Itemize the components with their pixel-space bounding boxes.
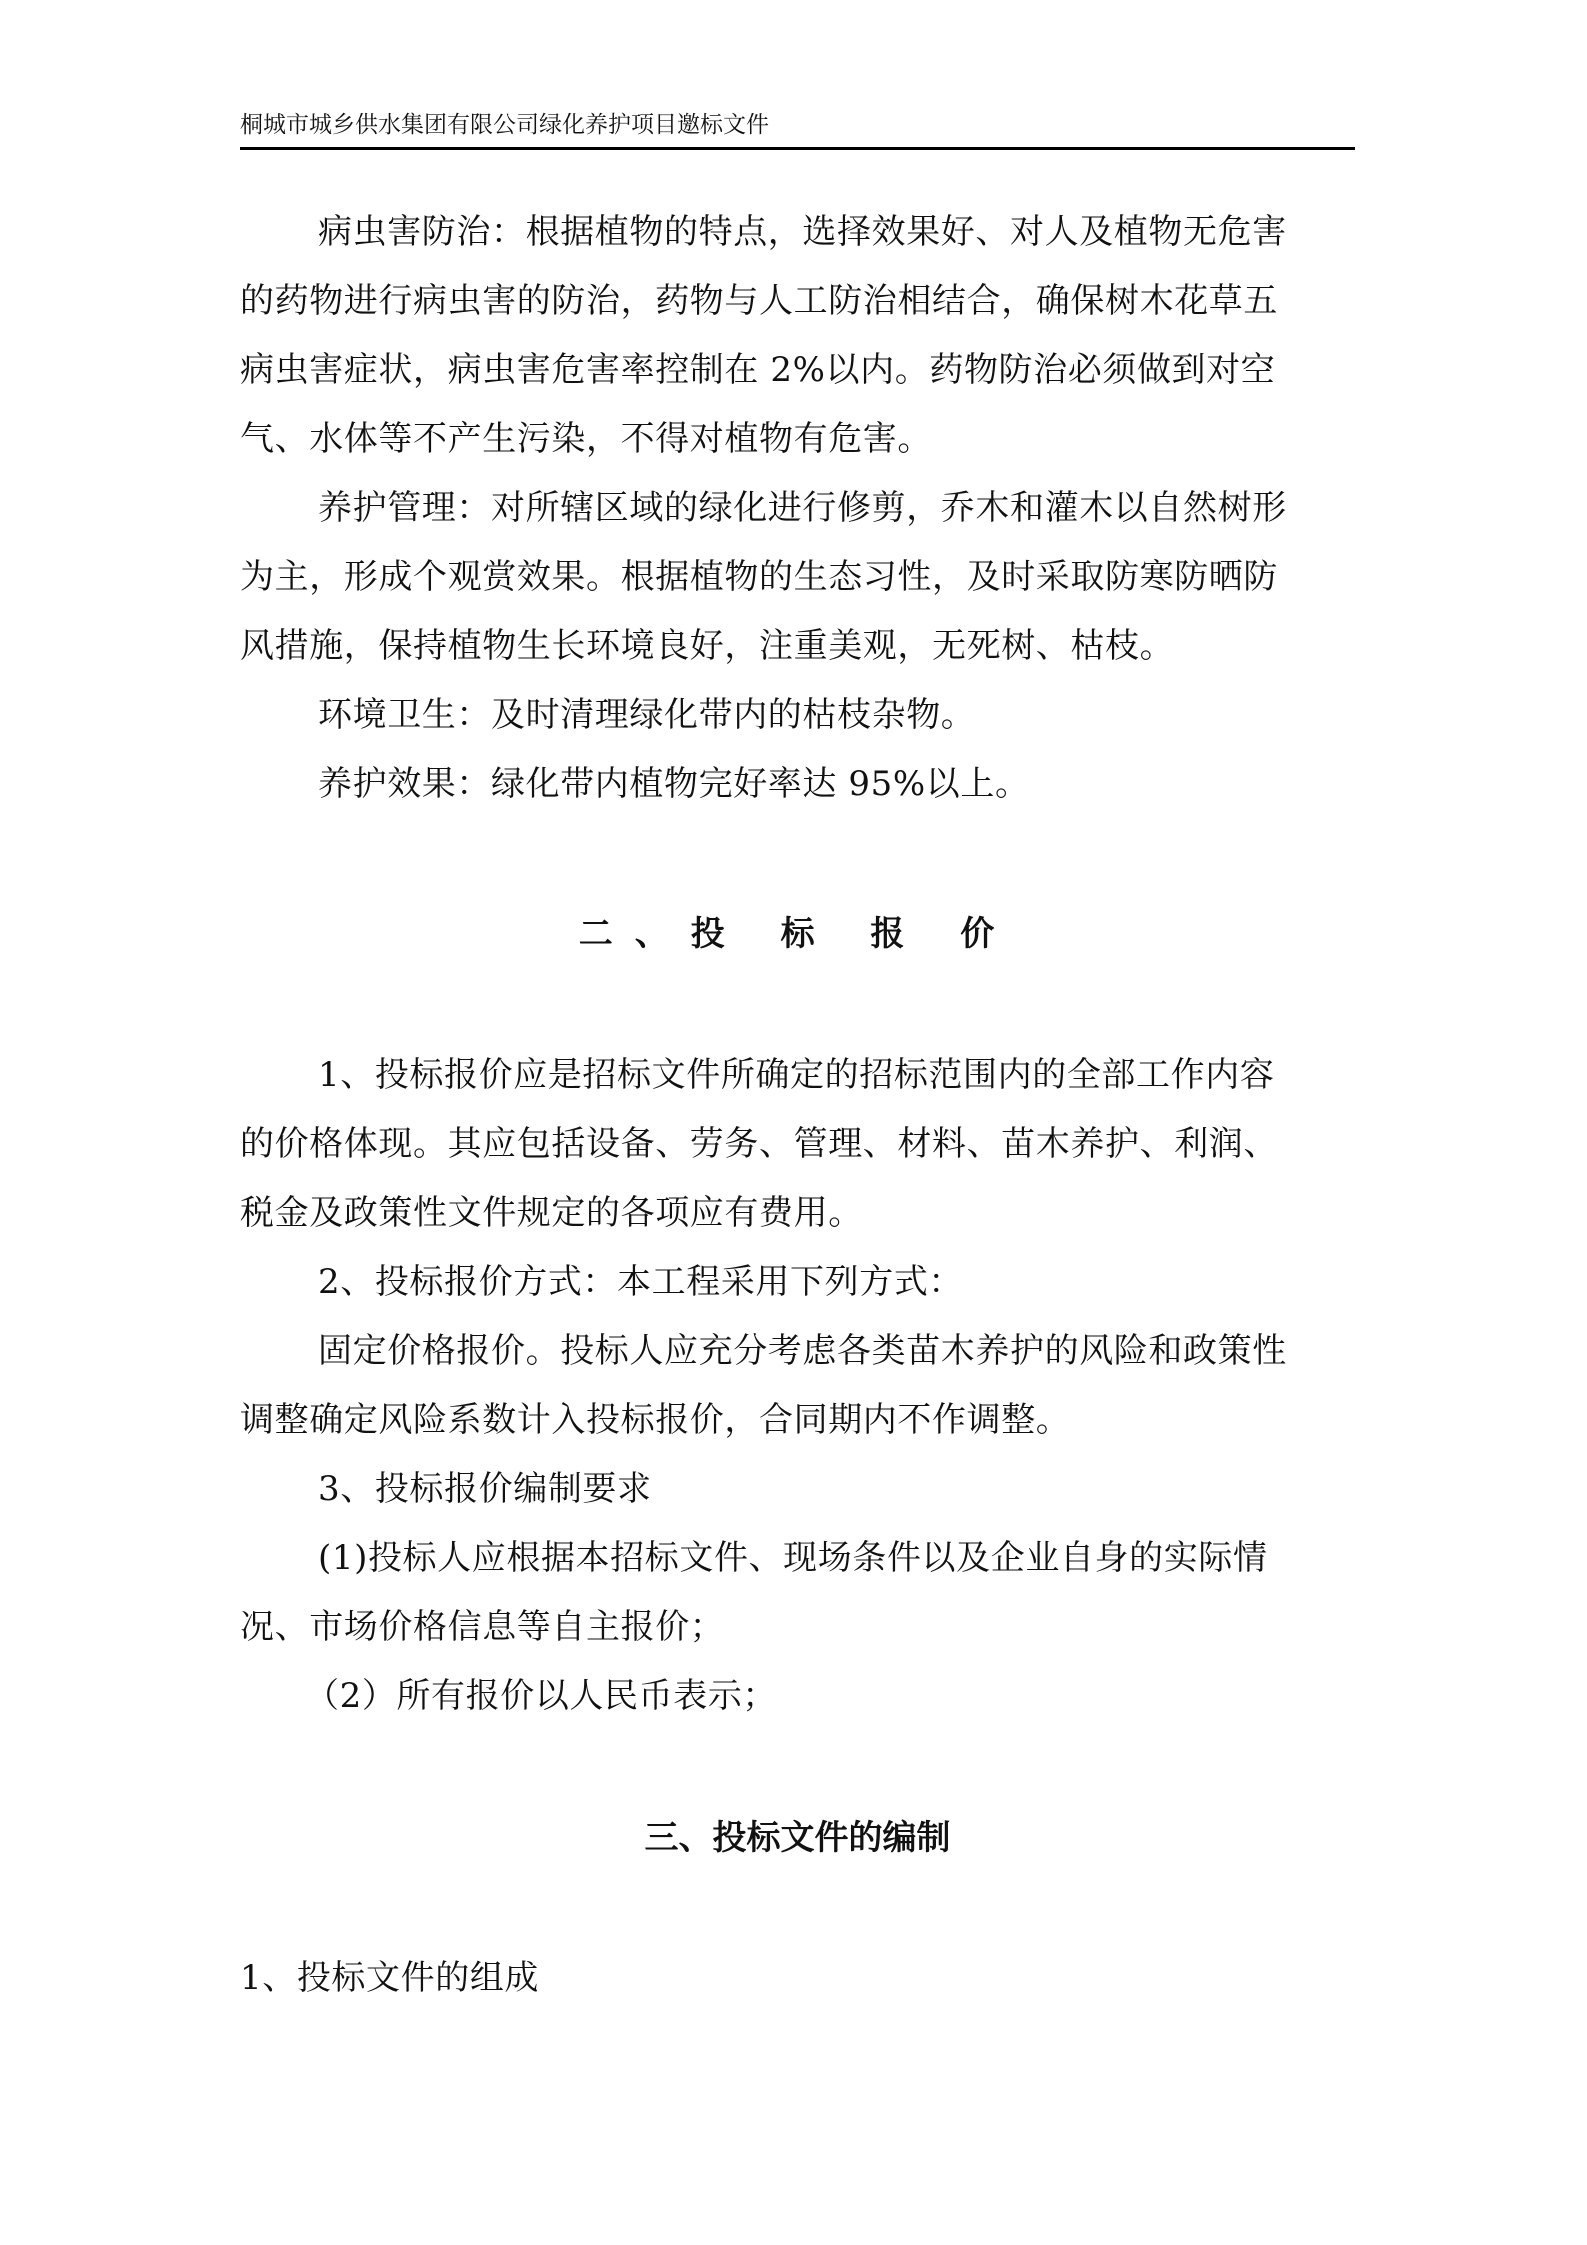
paragraph-line: （2）所有报价以人民币表示；	[305, 1676, 1420, 1716]
section-heading: 二、投 标 报 价	[240, 914, 1355, 954]
paragraph-line: 的价格体现。其应包括设备、劳务、管理、材料、苗木养护、利润、	[240, 1124, 1355, 1164]
paragraph-line: 固定价格报价。投标人应充分考虑各类苗木养护的风险和政策性	[318, 1331, 1355, 1371]
paragraph-line: 病虫害防治：根据植物的特点，选择效果好、对人及植物无危害	[318, 212, 1355, 252]
paragraph-line: 养护管理：对所辖区域的绿化进行修剪，乔木和灌木以自然树形	[318, 488, 1355, 528]
paragraph-line: 风措施，保持植物生长环境良好，注重美观，无死树、枯枝。	[240, 626, 1355, 666]
paragraph-line: 1、投标报价应是招标文件所确定的招标范围内的全部工作内容	[318, 1055, 1355, 1095]
paragraph-line: 为主，形成个观赏效果。根据植物的生态习性，及时采取防寒防晒防	[240, 557, 1355, 597]
document-header: 桐城市城乡供水集团有限公司绿化养护项目邀标文件	[240, 110, 1355, 140]
paragraph-line: 病虫害症状，病虫害危害率控制在 2%以内。药物防治必须做到对空	[240, 350, 1355, 390]
paragraph-line: 调整确定风险系数计入投标报价，合同期内不作调整。	[240, 1400, 1355, 1440]
paragraph-line: 况、市场价格信息等自主报价；	[240, 1607, 1355, 1647]
paragraph-line: 养护效果：绿化带内植物完好率达 95%以上。	[318, 764, 1355, 804]
paragraph-line: 环境卫生：及时清理绿化带内的枯枝杂物。	[318, 695, 1355, 735]
paragraph-line: 税金及政策性文件规定的各项应有费用。	[240, 1193, 1355, 1233]
paragraph-line: 3、投标报价编制要求	[318, 1469, 1355, 1509]
paragraph-line: 的药物进行病虫害的防治，药物与人工防治相结合，确保树木花草五	[240, 281, 1355, 321]
paragraph-line: 1、投标文件的组成	[240, 1958, 1355, 1998]
paragraph-line: 气、水体等不产生污染，不得对植物有危害。	[240, 419, 1355, 459]
paragraph-line: (1)投标人应根据本招标文件、现场条件以及企业自身的实际情	[318, 1538, 1355, 1578]
section-heading: 三、投标文件的编制	[240, 1818, 1355, 1858]
paragraph-line: 2、投标报价方式：本工程采用下列方式：	[318, 1262, 1355, 1302]
header-divider	[240, 147, 1355, 150]
